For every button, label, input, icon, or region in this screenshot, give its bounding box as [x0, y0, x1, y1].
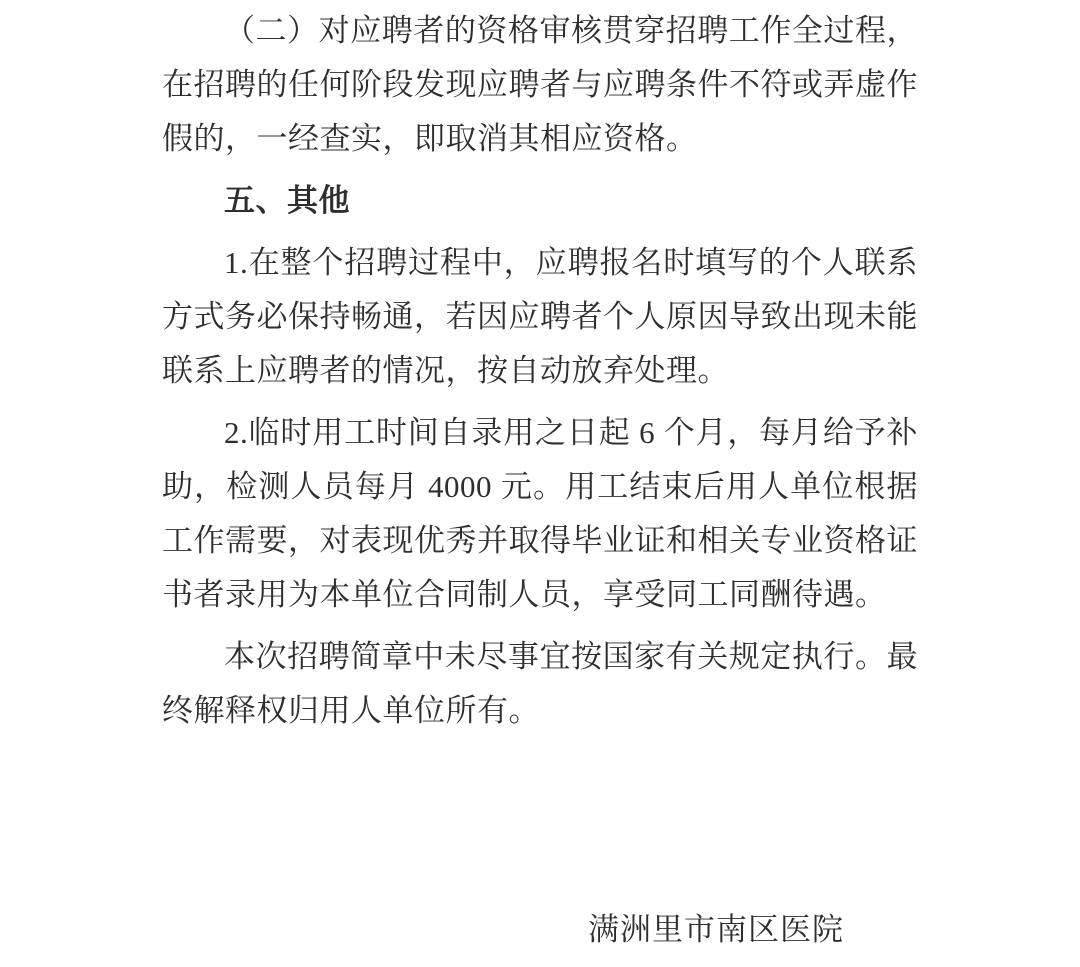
section-heading-other: 五、其他 [162, 174, 918, 228]
signature-hospital-name: 满洲里市南区医院 [588, 903, 844, 957]
document-body: （二）对应聘者的资格审核贯穿招聘工作全过程，在招聘的任何阶段发现应聘者与应聘条件… [162, 4, 918, 746]
paragraph-contact-availability: 1.在整个招聘过程中，应聘报名时填写的个人联系方式务必保持畅通，若因应聘者个人原… [162, 236, 918, 398]
paragraph-qualification-review: （二）对应聘者的资格审核贯穿招聘工作全过程，在招聘的任何阶段发现应聘者与应聘条件… [162, 4, 918, 166]
paragraph-temp-employment-terms: 2.临时用工时间自录用之日起 6 个月，每月给予补助，检测人员每月 4000 元… [162, 406, 918, 622]
document-page: （二）对应聘者的资格审核贯穿招聘工作全过程，在招聘的任何阶段发现应聘者与应聘条件… [0, 0, 1080, 967]
paragraph-final-interpretation: 本次招聘简章中未尽事宜按国家有关规定执行。最终解释权归用人单位所有。 [162, 630, 918, 738]
